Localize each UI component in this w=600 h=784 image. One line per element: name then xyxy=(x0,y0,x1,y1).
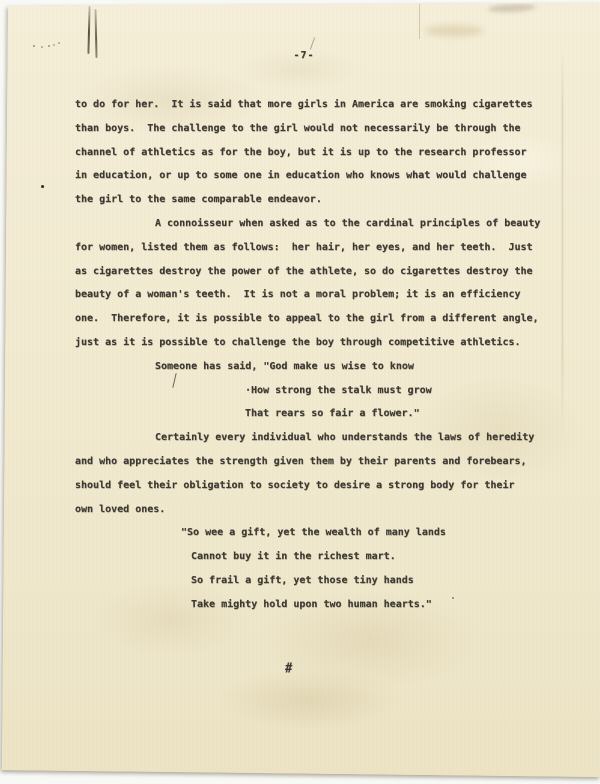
pen-mark-vertical-1 xyxy=(87,6,90,54)
typed-line: own loved ones. xyxy=(75,498,549,522)
typed-line-quote-intro: Someone has said, "God make us wise to k… xyxy=(75,355,549,379)
verse-line: "So wee a gift, yet the wealth of many l… xyxy=(75,521,549,545)
typed-line: the girl to the same comparable endeavor… xyxy=(75,188,549,212)
page-number: -7- xyxy=(63,50,545,61)
paper-sheet: -7- to do for her. It is said that more … xyxy=(0,0,600,784)
typed-line: in education, or up to some one in educa… xyxy=(75,164,549,188)
stain-top-right xyxy=(425,25,483,37)
typed-line-paragraph-start: A connoisseur when asked as to the cardi… xyxy=(75,212,549,236)
typed-line: for women, listed them as follows: her h… xyxy=(75,236,549,260)
typed-text-block: to do for her. It is said that more girl… xyxy=(75,93,549,617)
typed-line-paragraph-start: Certainly every individual who understan… xyxy=(75,426,549,450)
typed-line: to do for her. It is said that more girl… xyxy=(75,93,549,117)
typed-line: channel of athletics as for the boy, but… xyxy=(75,141,549,165)
typed-line: beauty of a woman's teeth. It is not a m… xyxy=(75,283,549,307)
typed-line: should feel their obligation to society … xyxy=(75,474,549,498)
typed-line: than boys. The challenge to the girl wou… xyxy=(75,117,549,141)
typed-line: as cigarettes destroy the power of the a… xyxy=(75,260,549,284)
ink-speck-left xyxy=(41,185,45,188)
end-of-page-mark: # xyxy=(285,660,292,675)
paper-crease-top xyxy=(419,3,420,39)
verse-line: Cannot buy it in the richest mart. xyxy=(75,545,549,569)
slash-mark-above-page-number xyxy=(310,37,316,50)
verse-line: So frail a gift, yet those tiny hands xyxy=(75,569,549,593)
poem-line: ·How strong the stalk must grow xyxy=(75,379,549,403)
verse-line: Take mighty hold upon two human hearts." xyxy=(75,593,549,617)
paper-crease-right xyxy=(562,48,563,438)
typed-line: and who appreciates the strength given t… xyxy=(75,450,549,474)
smudge-top-right xyxy=(488,3,536,14)
typed-line: just as it is possible to challenge the … xyxy=(75,331,549,355)
scanned-document-view: -7- to do for her. It is said that more … xyxy=(0,0,600,784)
pencil-dots-mark xyxy=(33,45,35,47)
paper-shadow: -7- to do for her. It is said that more … xyxy=(0,0,600,784)
typed-line: one. Therefore, it is possible to appeal… xyxy=(75,307,549,331)
poem-line: That rears so fair a flower." xyxy=(75,402,549,426)
